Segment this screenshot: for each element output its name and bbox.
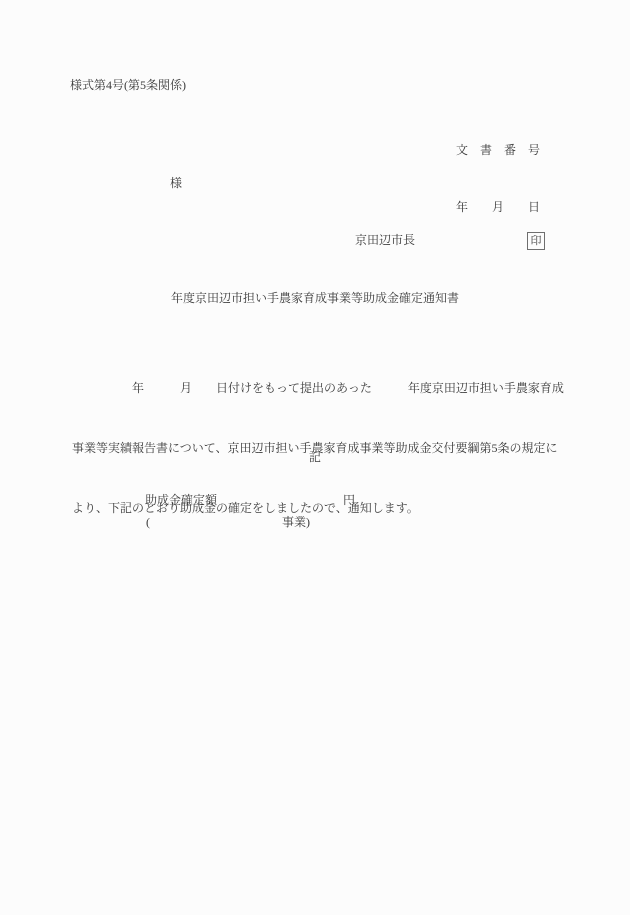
grant-amount-label: 助成金確定額 [145, 493, 217, 508]
grant-amount-unit: 円 [343, 493, 355, 508]
document-title: 年度京田辺市担い手農家育成事業等助成金確定通知書 [0, 291, 630, 306]
body-paragraph: 年 月 日付けをもって提出のあった 年度京田辺市担い手農家育成 事業等実績報告書… [72, 343, 592, 553]
body-line: 年 月 日付けをもって提出のあった 年度京田辺市担い手農家育成 [72, 373, 592, 403]
date-placeholder: 年 月 日 [456, 198, 540, 217]
project-suffix: 事業) [282, 515, 310, 530]
record-marker: 記 [0, 450, 630, 465]
form-number: 様式第4号(第5条関係) [70, 78, 186, 93]
seal-mark-icon: 印 [527, 232, 545, 250]
document-number-placeholder: 文 書 番 号 [456, 141, 540, 160]
sender-title: 京田辺市長 [355, 233, 415, 248]
addressee-honorific: 様 [170, 176, 182, 191]
project-open-paren: ( [146, 515, 150, 530]
document-page: 様式第4号(第5条関係) 文 書 番 号 年 月 日 様 京田辺市長 印 年度京… [0, 0, 630, 915]
